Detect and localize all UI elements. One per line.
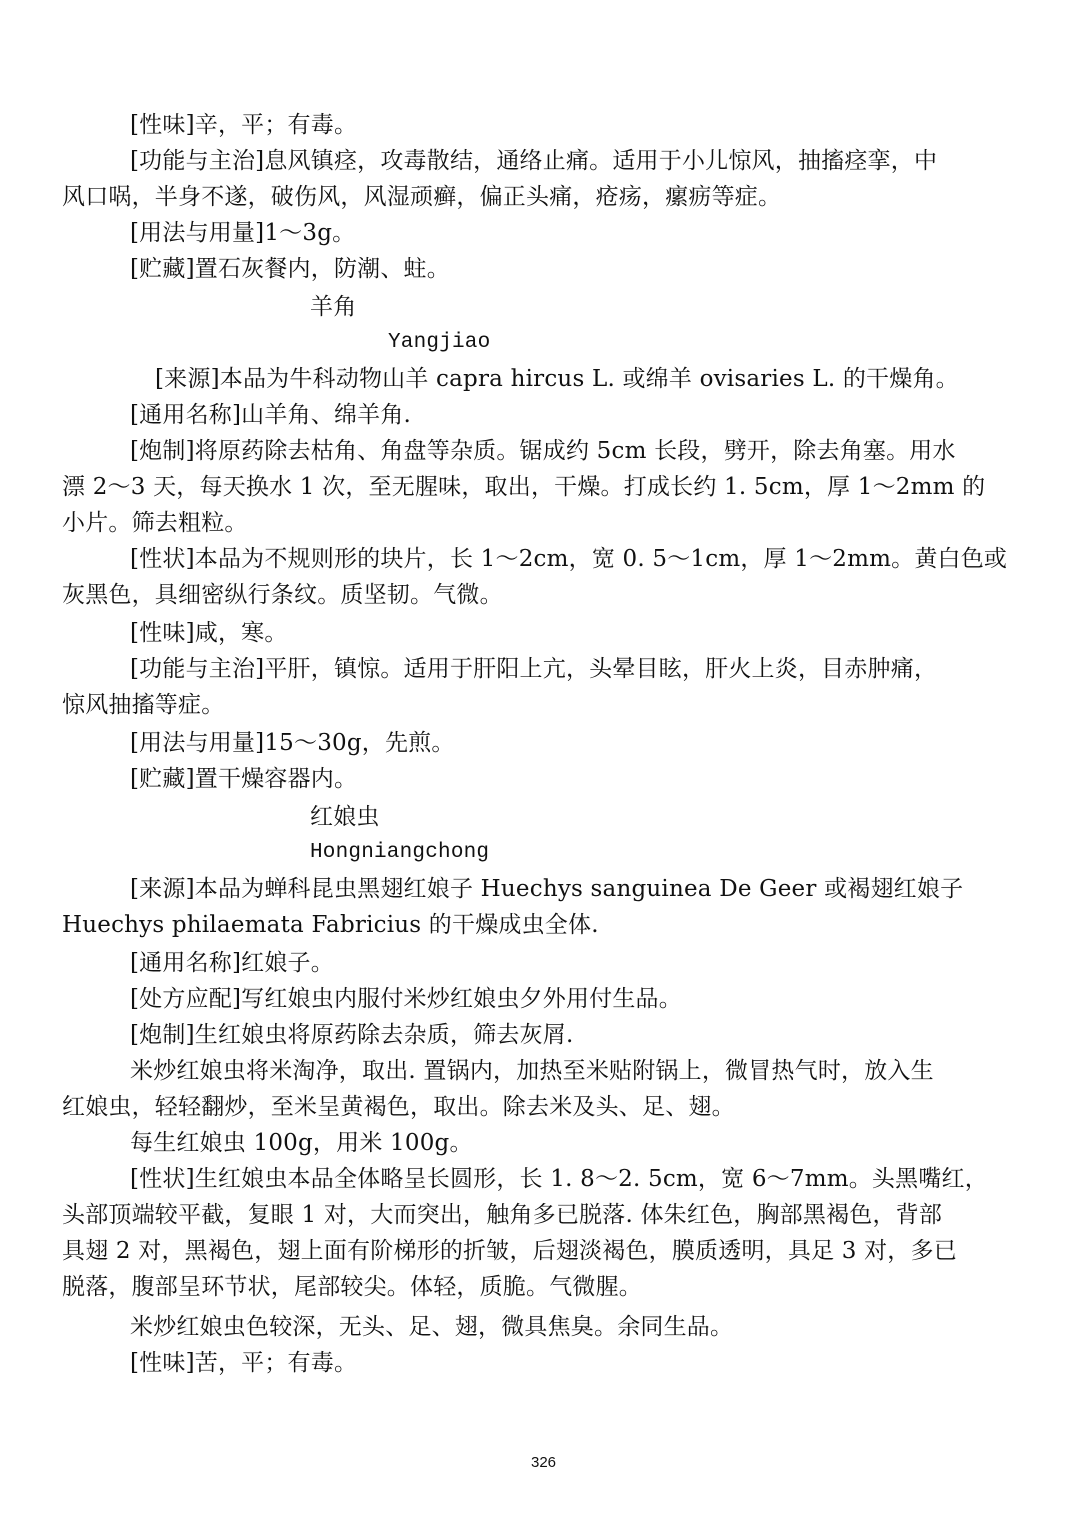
- text-line: [用法与用量]1～3g。: [130, 218, 355, 248]
- text-line: 米炒红娘虫色较深，无头、足、翅，微具焦臭。余同生品。: [130, 1312, 733, 1342]
- text-line: 小片。筛去粗粒。: [62, 508, 248, 538]
- text-line: [性味]咸，寒。: [130, 618, 288, 648]
- text-line: [性味]苦，平；有毒。: [130, 1348, 357, 1378]
- text-line: [炮制]将原药除去枯角、角盘等杂质。锯成约 5cm 长段，劈开，除去角塞。用水: [130, 436, 956, 466]
- text-line: [来源]本品为蝉科昆虫黑翅红娘子 Huechys sanguinea De Ge…: [130, 874, 963, 904]
- text-line: [性状]生红娘虫本品全体略呈长圆形，长 1. 8～2. 5cm，宽 6～7mm。…: [130, 1164, 988, 1194]
- text-line: [通用名称]红娘子。: [130, 948, 334, 978]
- text-line: [通用名称]山羊角、绵羊角.: [130, 400, 411, 430]
- entry-pinyin: Yangjiao: [388, 328, 490, 358]
- text-line: 红娘虫: [310, 802, 380, 832]
- text-line: Huechys philaemata Fabricius 的干燥成虫全体.: [62, 910, 599, 940]
- text-line: 漂 2～3 天，每天换水 1 次，至无腥味，取出，干燥。打成长约 1. 5cm，…: [62, 472, 985, 502]
- text-line: 每生红娘虫 100g，用米 100g。: [130, 1128, 473, 1158]
- page-number: 326: [0, 1454, 1087, 1471]
- text-line: [性状]本品为不规则形的块片，长 1～2cm，宽 0. 5～1cm，厚 1～2m…: [130, 544, 1007, 574]
- entry-pinyin: Hongniangchong: [310, 838, 489, 868]
- text-line: [处方应配]写红娘虫内服付米炒红娘虫夕外用付生品。: [130, 984, 682, 1014]
- text-line: 头部顶端较平截，复眼 1 对，大而突出，触角多已脱落. 体朱红色，胸部黑褐色，背…: [62, 1200, 942, 1230]
- text-line: 灰黑色，具细密纵行条纹。质坚韧。气微。: [62, 580, 503, 610]
- text-line: [功能与主治]息风镇痉，攻毒散结，通络止痛。适用于小儿惊风，抽搐痉挛，中: [130, 146, 937, 176]
- text-line: [贮藏]置干燥容器内。: [130, 764, 357, 794]
- text-line: [炮制]生红娘虫将原药除去杂质，筛去灰屑.: [130, 1020, 573, 1050]
- text-line: 脱落，腹部呈环节状，尾部较尖。体轻，质脆。气微腥。: [62, 1272, 642, 1302]
- text-line: 具翅 2 对，黑褐色，翅上面有阶梯形的折皱，后翅淡褐色，膜质透明，具足 3 对，…: [62, 1236, 957, 1266]
- text-line: 惊风抽搐等症。: [62, 690, 224, 720]
- text-line: 红娘虫，轻轻翻炒，至米呈黄褐色，取出。除去米及头、足、翅。: [62, 1092, 735, 1122]
- text-line: 羊角: [310, 292, 356, 322]
- text-line: 米炒红娘虫将米淘净，取出. 置锅内，加热至米贴附锅上，微冒热气时，放入生: [130, 1056, 934, 1086]
- text-line: [来源]本品为牛科动物山羊 capra hircus L. 或绵羊 ovisar…: [155, 364, 959, 394]
- text-line: 风口㖞，半身不遂，破伤风，风湿顽癣，偏正头痛，疮疡，瘰疬等症。: [62, 182, 781, 212]
- text-line: [用法与用量]15～30g，先煎。: [130, 728, 455, 758]
- text-line: [贮藏]置石灰餐内，防潮、蛀。: [130, 254, 450, 284]
- text-line: [性味]辛，平；有毒。: [130, 110, 357, 140]
- text-line: [功能与主治]平肝，镇惊。适用于肝阳上亢，头晕目眩，肝火上炎，目赤肿痛，: [130, 654, 937, 684]
